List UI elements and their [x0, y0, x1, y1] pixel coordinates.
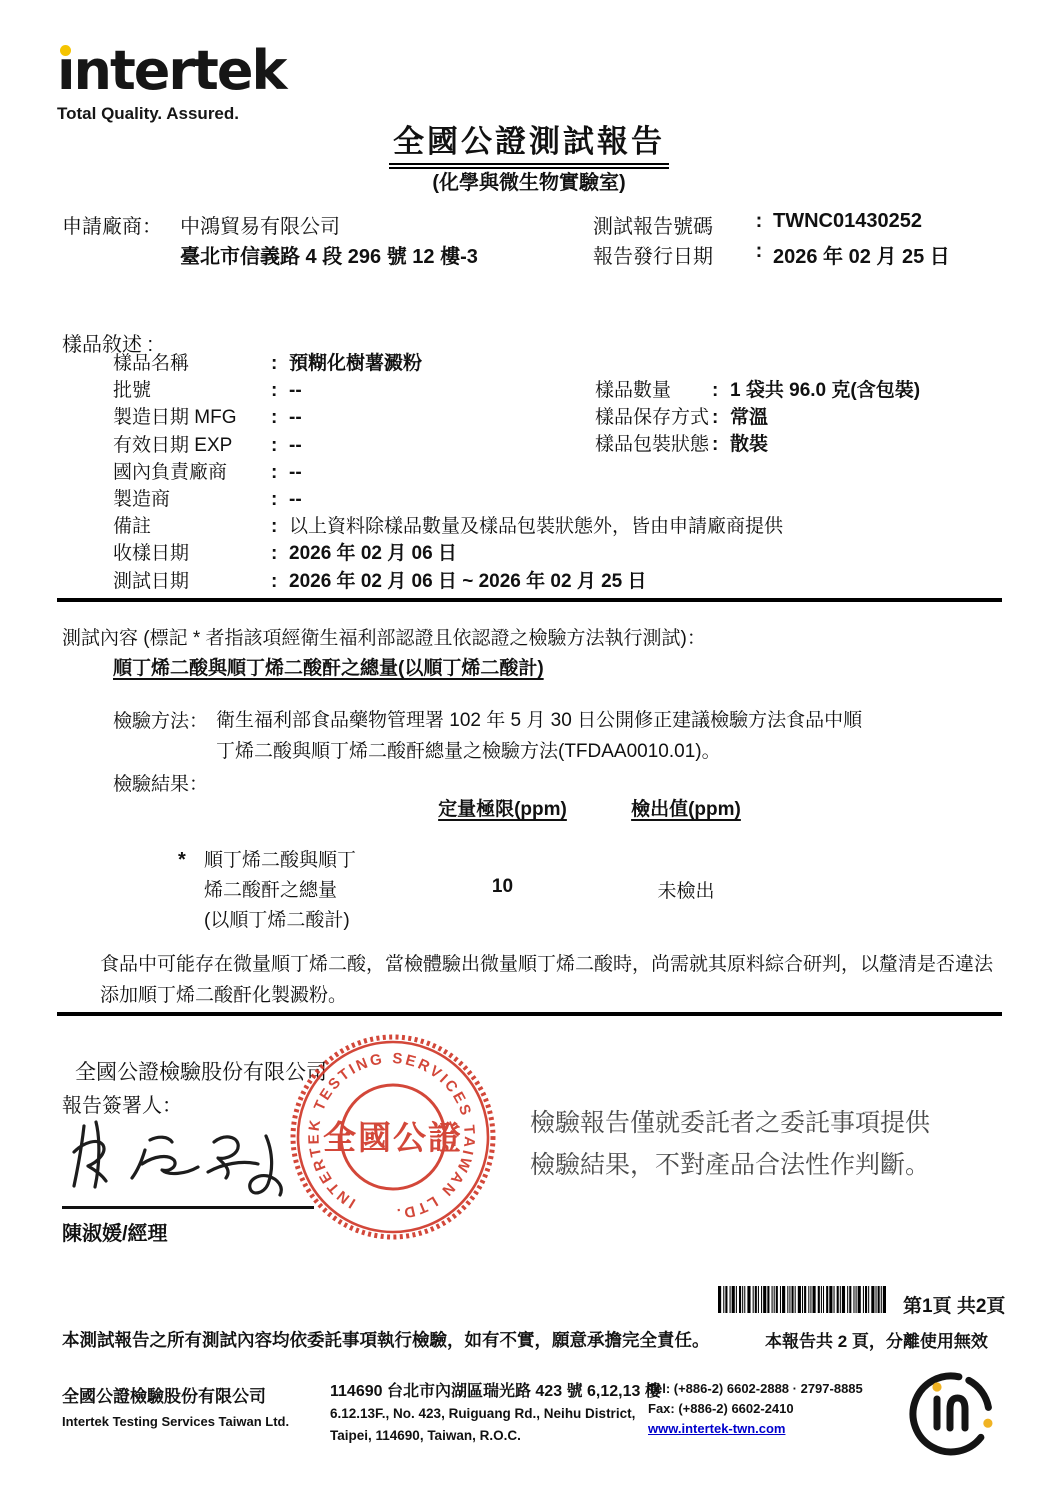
method-line1: 衛生福利部食品藥物管理署 102 年 5 月 30 日公開修正建議檢驗方法食品中… — [216, 710, 862, 731]
applicant-label: 申請廠商： — [62, 210, 162, 239]
row-value: -- — [289, 377, 302, 404]
sample-row: 樣品名稱:預糊化樹薯澱粉 — [113, 350, 783, 377]
stamp-center-text: 全國公證 — [323, 1119, 463, 1156]
colon: : — [271, 486, 289, 513]
column-header-loq: 定量極限(ppm) — [425, 794, 580, 821]
test-item-underlined: 順丁烯二酸與順丁烯二酸酐之總量(以順丁烯二酸計) — [113, 653, 544, 680]
signature-line — [62, 1206, 314, 1209]
colon: : — [745, 210, 773, 239]
report-number-label: 測試報告號碼 — [593, 210, 745, 239]
colon: : — [712, 377, 730, 404]
sample-row: 製造商:-- — [113, 486, 783, 513]
note-line2: 添加順丁烯二酸酐化製澱粉。 — [100, 985, 347, 1006]
method-block: 檢驗方法： 衛生福利部食品藥物管理署 102 年 5 月 30 日公開修正建議檢… — [113, 706, 956, 767]
issue-date-value: 2026 年 02 月 25 日 — [773, 240, 950, 269]
row-label: 樣品名稱 — [113, 350, 271, 377]
sample-row: 樣品數量:1 袋共 96.0 克(含包裝) — [595, 377, 920, 404]
row-label: 樣品數量 — [595, 377, 712, 404]
row-value: 1 袋共 96.0 克(含包裝) — [730, 377, 920, 404]
footer-company-en: Intertek Testing Services Taiwan Ltd. — [62, 1414, 289, 1429]
result-loq: 10 — [425, 876, 580, 898]
footer-address-zh: 114690 台北市內湖區瑞光路 423 號 6,12,13 樓 — [330, 1381, 661, 1403]
footer-company-block: 全國公證檢驗股份有限公司 Intertek Testing Services T… — [62, 1382, 289, 1429]
applicant-name: 中鴻貿易有限公司 — [180, 210, 340, 239]
colon: : — [271, 568, 289, 595]
section-divider — [57, 1012, 1002, 1016]
colon: : — [712, 404, 730, 431]
sample-row: 測試日期:2026 年 02 月 06 日 ~ 2026 年 02 月 25 日 — [113, 568, 783, 595]
issue-date-label: 報告發行日期 — [593, 240, 745, 269]
applicant-address: 臺北市信義路 4 段 296 號 12 樓-3 — [180, 240, 478, 269]
colon: : — [271, 432, 289, 459]
note-line1: 食品中可能存在微量順丁烯二酸，當檢體驗出微量順丁烯二酸時，尚需就其原料綜合研判，… — [100, 954, 993, 975]
method-line2: 丁烯二酸與順丁烯二酸酐總量之檢驗方法(TFDAA0010.01)。 — [216, 741, 721, 762]
disclaimer-line2: 檢驗結果，不對產品合法性作判斷。 — [530, 1152, 930, 1179]
row-label: 收樣日期 — [113, 540, 271, 567]
row-label: 製造商 — [113, 486, 271, 513]
result-name-line1: 順丁烯二酸與順丁 — [204, 850, 356, 871]
row-label: 有效日期 EXP — [113, 432, 271, 459]
intertek-logo: ıntertek Total Quality. Assured. — [57, 44, 285, 124]
colon: : — [745, 240, 773, 269]
result-label: 檢驗結果： — [113, 769, 208, 796]
footer-tel: Tel: (+886-2) 6602-2888 · 2797-8885 — [648, 1379, 863, 1399]
integrity-statement-right: 本報告共 2 頁，分離使用無效 — [765, 1327, 988, 1352]
row-label: 備註 — [113, 513, 271, 540]
result-name-line2: 烯二酸酐之總量 — [204, 880, 337, 901]
row-label: 樣品包裝狀態 — [595, 431, 712, 458]
report-page: ıntertek Total Quality. Assured. 全國公證測試報… — [0, 0, 1058, 1497]
result-marker: * — [178, 849, 186, 872]
footer-website-link[interactable]: www.intertek-twn.com — [648, 1421, 785, 1436]
logo-yellow-dot-icon — [60, 45, 71, 56]
colon: : — [271, 404, 289, 431]
footer-contact-block: Tel: (+886-2) 6602-2888 · 2797-8885 Fax:… — [648, 1379, 863, 1439]
colon: : — [712, 431, 730, 458]
logo-text: ıntertek — [57, 39, 285, 102]
result-item-name: 順丁烯二酸與順丁 烯二酸酐之總量 (以順丁烯二酸計) — [204, 846, 356, 936]
report-subtitle: (化學與微生物實驗室) — [0, 166, 1058, 195]
row-label: 製造日期 MFG — [113, 404, 271, 431]
footer-address-en1: 6.12.13F., No. 423, Ruiguang Rd., Neihu … — [330, 1403, 661, 1425]
sample-row: 備註:以上資料除樣品數量及樣品包裝狀態外，皆由申請廠商提供 — [113, 513, 783, 540]
sample-right-table: 樣品數量:1 袋共 96.0 克(含包裝) 樣品保存方式:常溫 樣品包裝狀態:散… — [595, 377, 920, 459]
report-title: 全國公證測試報告 — [389, 116, 669, 169]
result-value: 未檢出 — [616, 876, 756, 903]
report-number-value: TWNC01430252 — [773, 210, 922, 239]
footer-address-en2: Taipei, 114690, Taiwan, R.O.C. — [330, 1425, 661, 1447]
row-label: 樣品保存方式 — [595, 404, 712, 431]
barcode — [718, 1286, 886, 1313]
intertek-wordmark: ıntertek — [57, 44, 285, 98]
signer-name-title: 陳淑媛/經理 — [62, 1217, 168, 1246]
disclaimer-line1: 檢驗報告僅就委託者之委託事項提供 — [530, 1110, 930, 1137]
report-disclaimer: 檢驗報告僅就委託者之委託事項提供 檢驗結果，不對產品合法性作判斷。 — [530, 1103, 930, 1187]
report-title-wrap: 全國公證測試報告 — [0, 116, 1058, 169]
colon: : — [271, 540, 289, 567]
test-content-line: 測試內容 (標記 * 者指該項經衛生福利部認證且依認證之檢驗方法執行測試)： — [62, 623, 706, 650]
colon: : — [271, 459, 289, 486]
company-stamp: INTERTEK TESTING SERVICES TAIWAN LTD. 全國… — [286, 1030, 500, 1244]
sample-row: 國內負責廠商:-- — [113, 459, 783, 486]
row-value: -- — [289, 459, 302, 486]
row-label: 測試日期 — [113, 568, 271, 595]
sample-row: 收樣日期:2026 年 02 月 06 日 — [113, 540, 783, 567]
issue-date-row: 報告發行日期 : 2026 年 02 月 25 日 — [593, 240, 950, 269]
method-text: 衛生福利部食品藥物管理署 102 年 5 月 30 日公開修正建議檢驗方法食品中… — [216, 706, 956, 767]
intertek-in-mark-icon — [905, 1368, 997, 1460]
footer-address-block: 114690 台北市內湖區瑞光路 423 號 6,12,13 樓 6.12.13… — [330, 1381, 661, 1447]
row-value: 常溫 — [730, 404, 768, 431]
row-value: 預糊化樹薯澱粉 — [289, 350, 422, 377]
row-value: 以上資料除樣品數量及樣品包裝狀態外，皆由申請廠商提供 — [289, 513, 783, 540]
page-info: 第1頁 共2頁 — [903, 1291, 1005, 1318]
sample-row: 樣品保存方式:常溫 — [595, 404, 920, 431]
integrity-statement-left: 本測試報告之所有測試內容均依委託事項執行檢驗，如有不實，願意承擔完全責任。 — [62, 1327, 710, 1352]
colon: : — [271, 377, 289, 404]
row-value: -- — [289, 404, 302, 431]
row-value: -- — [289, 486, 302, 513]
colon: : — [271, 513, 289, 540]
section-divider — [57, 598, 1002, 602]
column-header-value: 檢出值(ppm) — [616, 794, 756, 821]
method-label: 檢驗方法： — [113, 706, 216, 767]
colon: : — [271, 350, 289, 377]
row-label: 國內負責廠商 — [113, 459, 271, 486]
row-value: -- — [289, 432, 302, 459]
row-value: 2026 年 02 月 06 日 — [289, 540, 457, 567]
row-label: 批號 — [113, 377, 271, 404]
result-name-line3: (以順丁烯二酸計) — [204, 910, 350, 931]
handwritten-signature — [62, 1112, 314, 1207]
footer-company-zh: 全國公證檢驗股份有限公司 — [62, 1382, 289, 1407]
report-number-row: 測試報告號碼 : TWNC01430252 — [593, 210, 922, 239]
row-value: 散裝 — [730, 431, 768, 458]
result-note: 食品中可能存在微量順丁烯二酸，當檢體驗出微量順丁烯二酸時，尚需就其原料綜合研判，… — [100, 950, 995, 1011]
row-value: 2026 年 02 月 06 日 ~ 2026 年 02 月 25 日 — [289, 568, 647, 595]
footer-fax: Fax: (+886-2) 6602-2410 — [648, 1399, 863, 1419]
sample-row: 樣品包裝狀態:散裝 — [595, 431, 920, 458]
